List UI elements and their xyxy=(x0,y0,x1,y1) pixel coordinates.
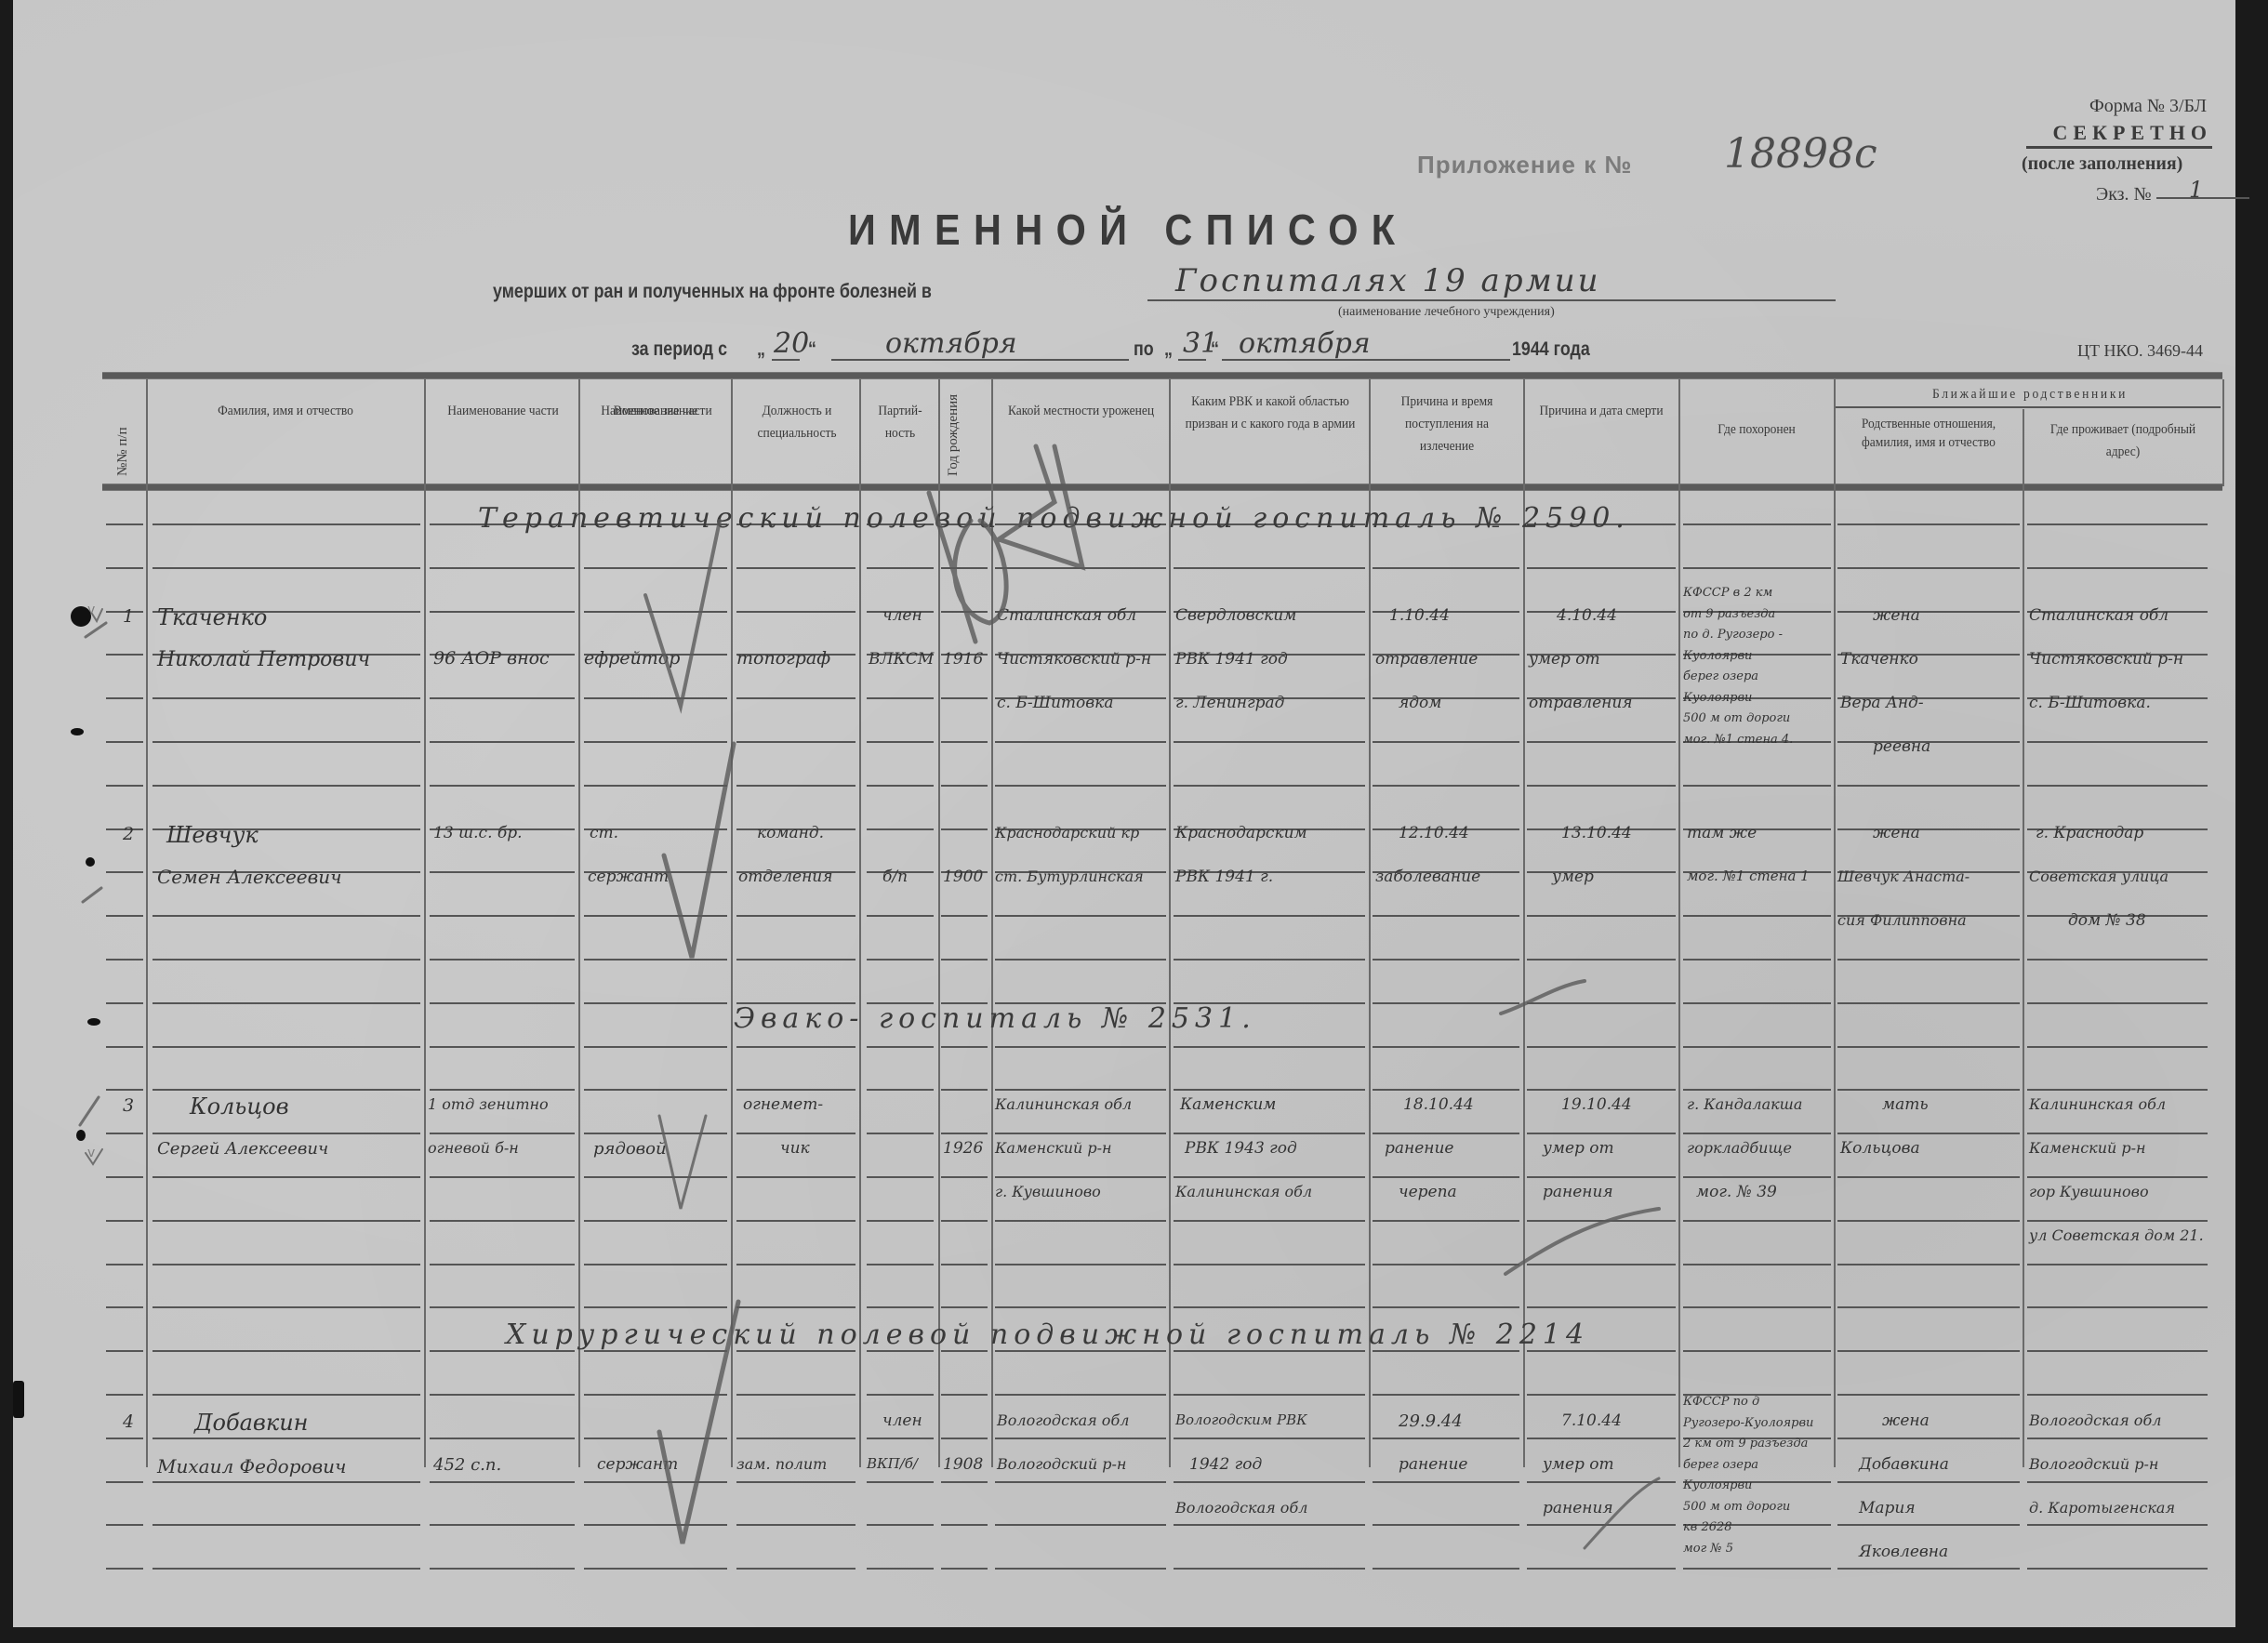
punch-hole xyxy=(86,857,95,867)
punch-hole xyxy=(71,606,91,627)
punch-hole xyxy=(71,728,84,735)
pencil-annotations xyxy=(13,0,2235,1627)
punch-hole xyxy=(13,1381,24,1418)
punch-hole xyxy=(76,1130,86,1141)
document-page: Форма № 3/БЛ СЕКРЕТНО (после заполнения)… xyxy=(13,0,2235,1627)
margin-tick: v xyxy=(87,1146,95,1160)
punch-hole xyxy=(87,1018,100,1026)
